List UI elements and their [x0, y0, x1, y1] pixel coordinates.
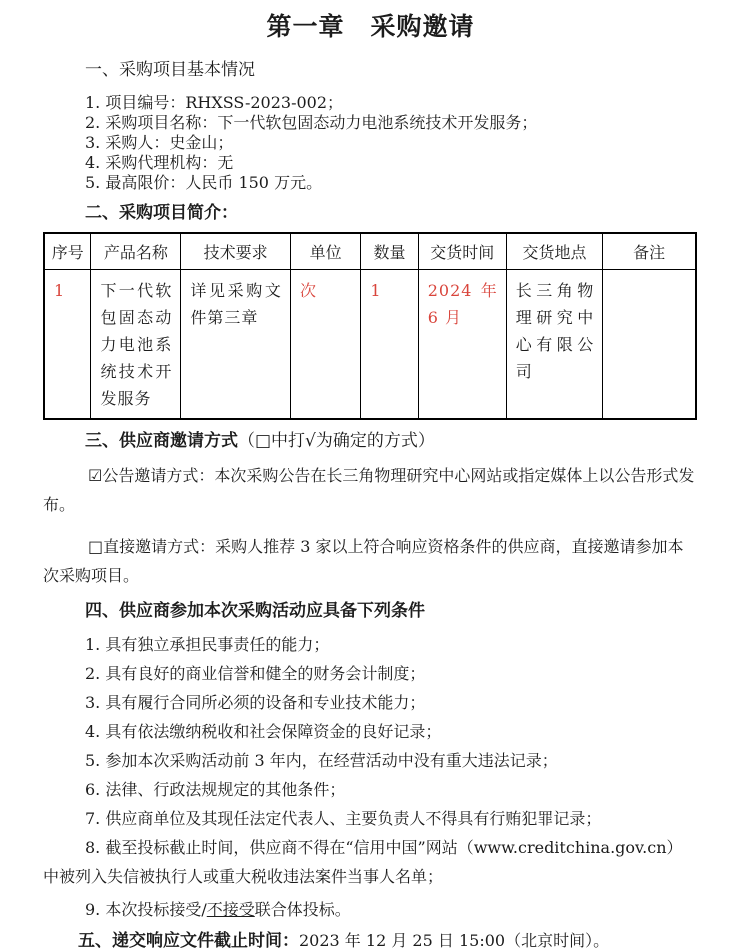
section-5-line: 五、递交响应文件截止时间：2023 年 12 月 25 日 15:00（北京时间… — [43, 926, 698, 952]
list-item: 2. 采购项目名称：下一代软包固态动力电池系统技术开发服务； — [43, 113, 698, 133]
condition-item: 1. 具有独立承担民事责任的能力； — [43, 630, 698, 659]
condition-item: 8. 截至投标截止时间，供应商不得在“信用中国”网站（www.creditchi… — [43, 833, 698, 891]
condition-9-suffix: 联合体投标。 — [255, 900, 351, 919]
document-page: 第一章 采购邀请 一、采购项目基本情况 1. 项目编号：RHXSS-2023-0… — [0, 0, 738, 952]
condition-item-9: 9. 本次投标接受/不接受联合体投标。 — [43, 895, 698, 924]
table-cell-remark — [603, 269, 696, 419]
condition-item: 7. 供应商单位及其现任法定代表人、主要负责人不得具有行贿犯罪记录； — [43, 804, 698, 833]
section-4-list: 1. 具有独立承担民事责任的能力； 2. 具有良好的商业信誉和健全的财务会计制度… — [43, 630, 698, 924]
section-3-heading-note: （□中打√为确定的方式） — [238, 431, 435, 451]
section-5-heading: 五、递交响应文件截止时间： — [78, 931, 299, 951]
table-row: 1 下一代软包固态动力电池系统技术开发服务 详见采购文件第三章 次 1 2024… — [44, 269, 696, 419]
option-direct: □直接邀请方式：采购人推荐 3 家以上符合响应资格条件的供应商，直接邀请参加本次… — [43, 532, 698, 590]
table-cell-product: 下一代软包固态动力电池系统技术开发服务 — [91, 269, 181, 419]
condition-item: 6. 法律、行政法规规定的其他条件； — [43, 775, 698, 804]
list-item: 3. 采购人：史金山； — [43, 133, 698, 153]
section-1-heading: 一、采购项目基本情况 — [43, 58, 698, 83]
table-header-product: 产品名称 — [91, 233, 181, 269]
list-item: 5. 最高限价：人民币 150 万元。 — [43, 173, 698, 193]
deadline-value: 2023 年 12 月 25 日 15:00（北京时间）。 — [299, 931, 609, 950]
page-title: 第一章 采购邀请 — [43, 12, 698, 42]
table-cell-qty: 1 — [361, 269, 418, 419]
table-header-row: 序号 产品名称 技术要求 单位 数量 交货时间 交货地点 备注 — [44, 233, 696, 269]
table-cell-tech: 详见采购文件第三章 — [181, 269, 291, 419]
table-cell-delivery-place: 长三角物理研究中心有限公司 — [506, 269, 602, 419]
table-header-unit: 单位 — [290, 233, 360, 269]
option-announcement: ☑公告邀请方式：本次采购公告在长三角物理研究中心网站或指定媒体上以公告形式发布。 — [43, 461, 698, 519]
table-header-qty: 数量 — [361, 233, 418, 269]
condition-item: 3. 具有履行合同所必须的设备和专业技术能力； — [43, 688, 698, 717]
table-cell-unit: 次 — [290, 269, 360, 419]
section-4-heading: 四、供应商参加本次采购活动应具备下列条件 — [43, 599, 698, 624]
option-direct-text: 直接邀请方式：采购人推荐 3 家以上符合响应资格条件的供应商，直接邀请参加本次采… — [43, 537, 683, 585]
table-header-seq: 序号 — [44, 233, 91, 269]
table-cell-seq: 1 — [44, 269, 91, 419]
condition-9-prefix: 9. 本次投标接受/ — [85, 900, 207, 919]
list-item: 1. 项目编号：RHXSS-2023-002； — [43, 93, 698, 113]
section-2-heading-text: 二、采购项目简介： — [85, 203, 238, 223]
condition-item: 2. 具有良好的商业信誉和健全的财务会计制度； — [43, 659, 698, 688]
condition-item: 4. 具有依法缴纳税收和社会保障资金的良好记录； — [43, 717, 698, 746]
checkbox-checked-icon: ☑ — [88, 466, 102, 485]
section-4-heading-text: 四、供应商参加本次采购活动应具备下列条件 — [85, 601, 425, 621]
section-3-heading: 三、供应商邀请方式（□中打√为确定的方式） — [43, 429, 698, 454]
table-header-tech: 技术要求 — [181, 233, 291, 269]
section-2-heading: 二、采购项目简介： — [43, 201, 698, 226]
condition-9-underlined: 不接受 — [207, 900, 255, 919]
section-3-heading-text: 三、供应商邀请方式 — [85, 431, 238, 451]
section-1-list: 1. 项目编号：RHXSS-2023-002； 2. 采购项目名称：下一代软包固… — [43, 93, 698, 193]
list-item: 4. 采购代理机构：无 — [43, 153, 698, 173]
checkbox-empty-icon: □ — [88, 537, 103, 556]
condition-item: 5. 参加本次采购活动前 3 年内，在经营活动中没有重大违法记录； — [43, 746, 698, 775]
option-announcement-text: 公告邀请方式：本次采购公告在长三角物理研究中心网站或指定媒体上以公告形式发布。 — [43, 466, 694, 514]
table-header-delivery-place: 交货地点 — [506, 233, 602, 269]
procurement-table: 序号 产品名称 技术要求 单位 数量 交货时间 交货地点 备注 1 下一代软包固… — [43, 232, 697, 420]
table-header-remark: 备注 — [603, 233, 696, 269]
table-header-delivery-time: 交货时间 — [418, 233, 506, 269]
table-cell-delivery-time: 2024 年 6 月 — [418, 269, 506, 419]
